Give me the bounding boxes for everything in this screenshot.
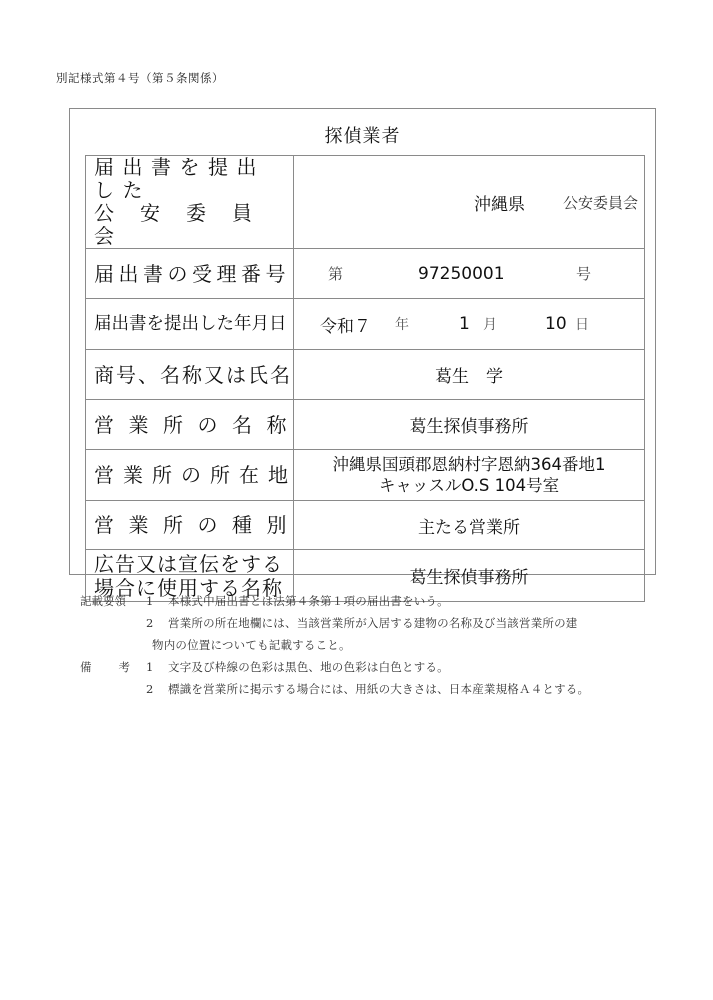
table-row-receipt-number: 届出書の受理番号 第 97250001 号 xyxy=(86,249,645,299)
era-year: 令和７ xyxy=(320,312,395,337)
note-text: 営業所の所在地欄には、当該営業所が入居する建物の名称及び当該営業所の建 xyxy=(168,615,578,631)
value-submission-date: 令和７ 年 1 月 10 日 xyxy=(294,299,645,350)
note-text: 物内の位置についても記載すること。 xyxy=(152,637,351,653)
sign-table: 届出書を提出した 公安委員会 沖縄県 公安委員会 届出書の受理番号 第 xyxy=(85,155,645,602)
value-receipt-number: 第 97250001 号 xyxy=(294,249,645,299)
label-trade-name: 商号、名称又は氏名 xyxy=(86,350,294,400)
note-number: 1 xyxy=(146,594,168,608)
table-row-submission-date: 届出書を提出した年月日 令和７ 年 1 月 10 日 xyxy=(86,299,645,350)
sign-title: 探偵業者 xyxy=(70,122,655,148)
month-unit: 月 xyxy=(483,314,545,334)
value-office-name: 葛生探偵事務所 xyxy=(294,400,645,450)
table-row-office-type: 営業所の種別 主たる営業所 xyxy=(86,501,645,550)
label-line-1: 広告又は宣伝をする xyxy=(94,552,293,576)
address-line-1: 沖縄県国頭郡恩納村字恩納364番地1 xyxy=(294,454,644,475)
note-number: 2 xyxy=(146,616,168,630)
remark-item-2: 2 標識を営業所に掲示する場合には、用紙の大きさは、日本産業規格Ａ４とする。 xyxy=(80,678,680,700)
value-office-type: 主たる営業所 xyxy=(294,501,645,550)
label-receipt-number: 届出書の受理番号 xyxy=(86,249,294,299)
note-number: 2 xyxy=(146,682,168,696)
day-value: 10 xyxy=(545,314,575,334)
notes-section: 記載要領 1 本様式中届出書とは法第４条第１項の届出書をいう。 2 営業所の所在… xyxy=(80,590,680,700)
prefecture-value: 沖縄県 xyxy=(474,190,525,215)
table-row-office-name: 営業所の名称 葛生探偵事務所 xyxy=(86,400,645,450)
day-unit: 日 xyxy=(575,314,589,334)
label-line-1: 届出書を提出した xyxy=(94,156,293,202)
form-number: 別記様式第４号（第５条関係） xyxy=(56,70,224,86)
note-text: 文字及び枠線の色彩は黒色、地の色彩は白色とする。 xyxy=(168,659,449,675)
instructions-heading: 記載要領 xyxy=(80,593,146,609)
remarks-heading: 備 考 xyxy=(80,659,146,675)
month-value: 1 xyxy=(459,314,483,334)
label-commission: 届出書を提出した 公安委員会 xyxy=(86,156,294,249)
receipt-number: 97250001 xyxy=(418,264,548,284)
instruction-item-2: 2 営業所の所在地欄には、当該営業所が入居する建物の名称及び当該営業所の建 xyxy=(80,612,680,634)
sign-frame: 探偵業者 届出書を提出した 公安委員会 沖縄県 公安委員会 届出書 xyxy=(69,108,656,575)
label-office-name: 営業所の名称 xyxy=(86,400,294,450)
value-office-address: 沖縄県国頭郡恩納村字恩納364番地1 キャッスルO.S 104号室 xyxy=(294,450,645,501)
label-submission-date: 届出書を提出した年月日 xyxy=(86,299,294,350)
remark-item-1: 備 考 1 文字及び枠線の色彩は黒色、地の色彩は白色とする。 xyxy=(80,656,680,678)
table-row-commission: 届出書を提出した 公安委員会 沖縄県 公安委員会 xyxy=(86,156,645,249)
note-text: 標識を営業所に掲示する場合には、用紙の大きさは、日本産業規格Ａ４とする。 xyxy=(168,681,589,697)
commission-suffix: 公安委員会 xyxy=(563,192,638,213)
number-suffix: 号 xyxy=(576,263,591,284)
instruction-item-1: 記載要領 1 本様式中届出書とは法第４条第１項の届出書をいう。 xyxy=(80,590,680,612)
value-trade-name: 葛生 学 xyxy=(294,350,645,400)
instruction-item-2-continuation: 物内の位置についても記載すること。 xyxy=(80,634,680,656)
year-unit: 年 xyxy=(395,314,459,334)
label-text: 届出書を提出した xyxy=(94,156,283,202)
value-commission: 沖縄県 公安委員会 xyxy=(294,156,645,249)
label-office-type: 営業所の種別 xyxy=(86,501,294,550)
note-number: 1 xyxy=(146,660,168,674)
note-text: 本様式中届出書とは法第４条第１項の届出書をいう。 xyxy=(168,593,449,609)
table-row-trade-name: 商号、名称又は氏名 葛生 学 xyxy=(86,350,645,400)
label-line-2: 公安委員会 xyxy=(94,202,293,248)
address-line-2: キャッスルO.S 104号室 xyxy=(294,475,644,496)
label-office-address: 営業所の所在地 xyxy=(86,450,294,501)
number-prefix: 第 xyxy=(328,263,418,284)
label-text: 公安委員会 xyxy=(94,202,283,248)
table-row-office-address: 営業所の所在地 沖縄県国頭郡恩納村字恩納364番地1 キャッスルO.S 104号… xyxy=(86,450,645,501)
